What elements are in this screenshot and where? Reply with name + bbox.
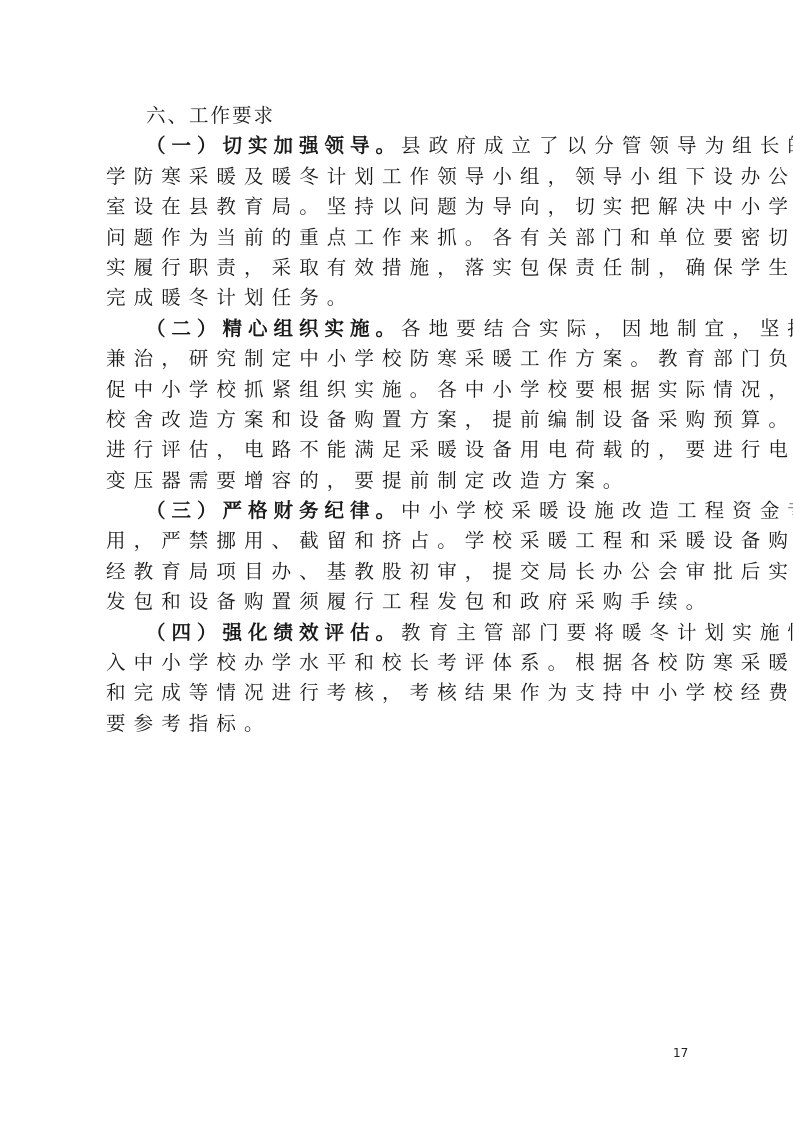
paragraph-2-line-5: 进行评估，电路不能满足采暖设备用电荷载的，要进行电路改造； bbox=[106, 435, 690, 465]
paragraph-3-line-4: 发包和设备购置须履行工程发包和政府采购手续。 bbox=[106, 587, 690, 617]
paragraph-1-line-6: 完成暖冬计划任务。 bbox=[106, 283, 690, 313]
paragraph-3-title: （三）严格财务纪律。 bbox=[146, 499, 401, 522]
paragraph-3-line-1: （三）严格财务纪律。中小学校采暖设施改造工程资金专款专 bbox=[106, 496, 690, 526]
paragraph-4-line-2: 入中小学校办学水平和校长考评体系。根据各校防寒采暖工作推进 bbox=[106, 648, 690, 678]
page-number: 17 bbox=[673, 1046, 688, 1060]
paragraph-2-line-6: 变压器需要增容的，要提前制定改造方案。 bbox=[106, 466, 690, 496]
paragraph-1-title: （一）切实加强领导。 bbox=[146, 134, 401, 157]
paragraph-1-line-3: 室设在县教育局。坚持以问题为导向，切实把解决中小学冬季取暖 bbox=[106, 192, 690, 222]
paragraph-1-line-4: 问题作为当前的重点工作来抓。各有关部门和单位要密切配合，切 bbox=[106, 223, 690, 253]
paragraph-1-line-2: 学防寒采暖及暖冬计划工作领导小组，领导小组下设办公室，办公 bbox=[106, 162, 690, 192]
document-page: 六、工作要求 （一）切实加强领导。县政府成立了以分管领导为组长的中小 学防寒采暖… bbox=[0, 0, 793, 1122]
paragraph-2-line-2: 兼治，研究制定中小学校防寒采暖工作方案。教育部门负责牵头督 bbox=[106, 344, 690, 374]
paragraph-1-line-5: 实履行职责，采取有效措施，落实包保责任制，确保学生寒假期间 bbox=[106, 253, 690, 283]
paragraph-3-line-3: 经教育局项目办、基教股初审，提交局长办公会审批后实施。工程 bbox=[106, 557, 690, 587]
paragraph-4-line-3: 和完成等情况进行考核，考核结果作为支持中小学校经费保障的重 bbox=[106, 678, 690, 708]
paragraph-2-title: （二）精心组织实施。 bbox=[146, 317, 401, 340]
paragraph-3-line-2: 用，严禁挪用、截留和挤占。学校采暖工程和采暖设备购置计划需 bbox=[106, 526, 690, 556]
paragraph-4-title: （四）强化绩效评估。 bbox=[146, 621, 401, 644]
paragraph-4-line-1: （四）强化绩效评估。教育主管部门要将暖冬计划实施情况纳 bbox=[106, 618, 690, 648]
paragraph-1-line-1: （一）切实加强领导。县政府成立了以分管领导为组长的中小 bbox=[106, 131, 690, 161]
section-heading: 六、工作要求 bbox=[106, 101, 690, 131]
paragraph-2-line-4: 校舍改造方案和设备购置方案，提前编制设备采购预算。要对电路 bbox=[106, 405, 690, 435]
paragraph-2-line-1: （二）精心组织实施。各地要结合实际，因地制宜，坚持标本 bbox=[106, 314, 690, 344]
document-body: 六、工作要求 （一）切实加强领导。县政府成立了以分管领导为组长的中小 学防寒采暖… bbox=[106, 101, 690, 739]
paragraph-2-line-3: 促中小学校抓紧组织实施。各中小学校要根据实际情况，合理制定 bbox=[106, 375, 690, 405]
paragraph-4-line-4: 要参考指标。 bbox=[106, 709, 690, 739]
